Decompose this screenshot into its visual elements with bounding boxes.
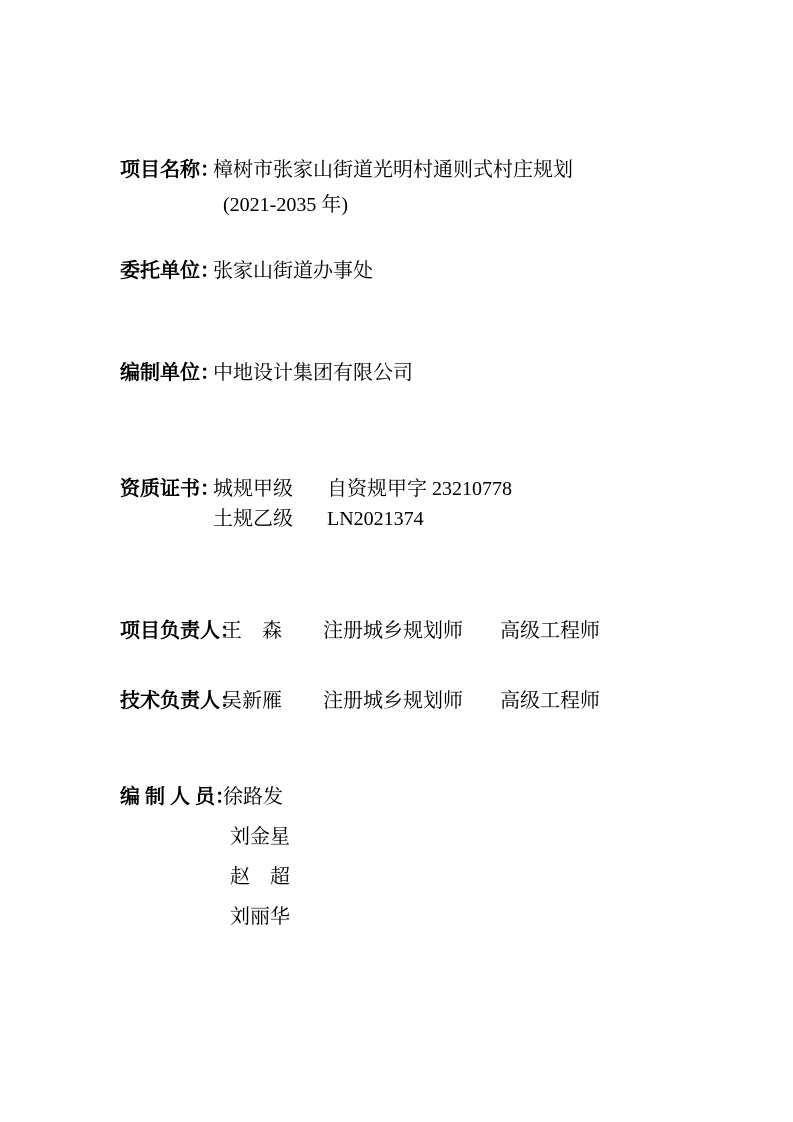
staff-member: 刘丽华 bbox=[230, 904, 290, 930]
qualification-list: 城规甲级自资规甲字 23210778 土规乙级LN2021374 bbox=[213, 474, 512, 534]
project-name-label: 项目名称： bbox=[120, 153, 213, 188]
project-leader-name: 王 森 bbox=[222, 618, 323, 644]
technical-leader-name: 吴新雁 bbox=[222, 688, 323, 714]
qualification-item: 城规甲级自资规甲字 23210778 bbox=[213, 474, 512, 504]
staff-member: 刘金星 bbox=[230, 824, 290, 850]
project-leader-certification: 注册城乡规划师 bbox=[323, 618, 500, 644]
qualification-item: 土规乙级LN2021374 bbox=[213, 504, 512, 534]
technical-leader-certification: 注册城乡规划师 bbox=[323, 688, 500, 714]
project-leader-title: 高级工程师 bbox=[500, 620, 600, 642]
field-client: 委托单位：张家山街道办事处 bbox=[120, 258, 373, 284]
client-label: 委托单位： bbox=[120, 258, 213, 284]
staff-row: 编 制 人 员：徐路发 bbox=[120, 784, 283, 810]
compiler-label: 编制单位： bbox=[120, 360, 213, 386]
client-value: 张家山街道办事处 bbox=[213, 260, 373, 282]
project-leader-label: 项目负责人： bbox=[120, 618, 222, 644]
field-technical-leader: 技术负责人：吴新雁注册城乡规划师高级工程师 bbox=[120, 688, 600, 714]
qualification-number: 自资规甲字 23210778 bbox=[327, 478, 512, 500]
compiler-value: 中地设计集团有限公司 bbox=[213, 362, 413, 384]
project-name-row: 项目名称：樟树市张家山街道光明村通则式村庄规划 bbox=[120, 153, 573, 188]
field-qualification: 资质证书： 城规甲级自资规甲字 23210778 土规乙级LN2021374 bbox=[120, 474, 512, 534]
technical-leader-label: 技术负责人： bbox=[120, 688, 222, 714]
staff-member: 徐路发 bbox=[223, 786, 283, 808]
staff-member: 赵 超 bbox=[230, 864, 290, 890]
qualification-grade: 城规甲级 bbox=[213, 474, 327, 504]
project-name-period: (2021-2035 年) bbox=[223, 194, 348, 216]
project-name-title: 樟树市张家山街道光明村通则式村庄规划 bbox=[213, 159, 573, 181]
qualification-number: LN2021374 bbox=[327, 508, 424, 530]
technical-leader-title: 高级工程师 bbox=[500, 690, 600, 712]
field-project-leader: 项目负责人：王 森注册城乡规划师高级工程师 bbox=[120, 618, 600, 644]
qualification-label: 资质证书： bbox=[120, 474, 213, 504]
field-project-name: 项目名称：樟树市张家山街道光明村通则式村庄规划 (2021-2035 年) bbox=[120, 153, 573, 223]
document-page: 项目名称：樟树市张家山街道光明村通则式村庄规划 (2021-2035 年) 委托… bbox=[0, 0, 793, 1122]
project-name-period-row: (2021-2035 年) bbox=[120, 188, 573, 223]
field-compiler: 编制单位：中地设计集团有限公司 bbox=[120, 360, 413, 386]
qualification-grade: 土规乙级 bbox=[213, 504, 327, 534]
field-staff: 编 制 人 员：徐路发 刘金星 赵 超 刘丽华 bbox=[120, 784, 283, 934]
staff-label: 编 制 人 员： bbox=[120, 784, 223, 810]
